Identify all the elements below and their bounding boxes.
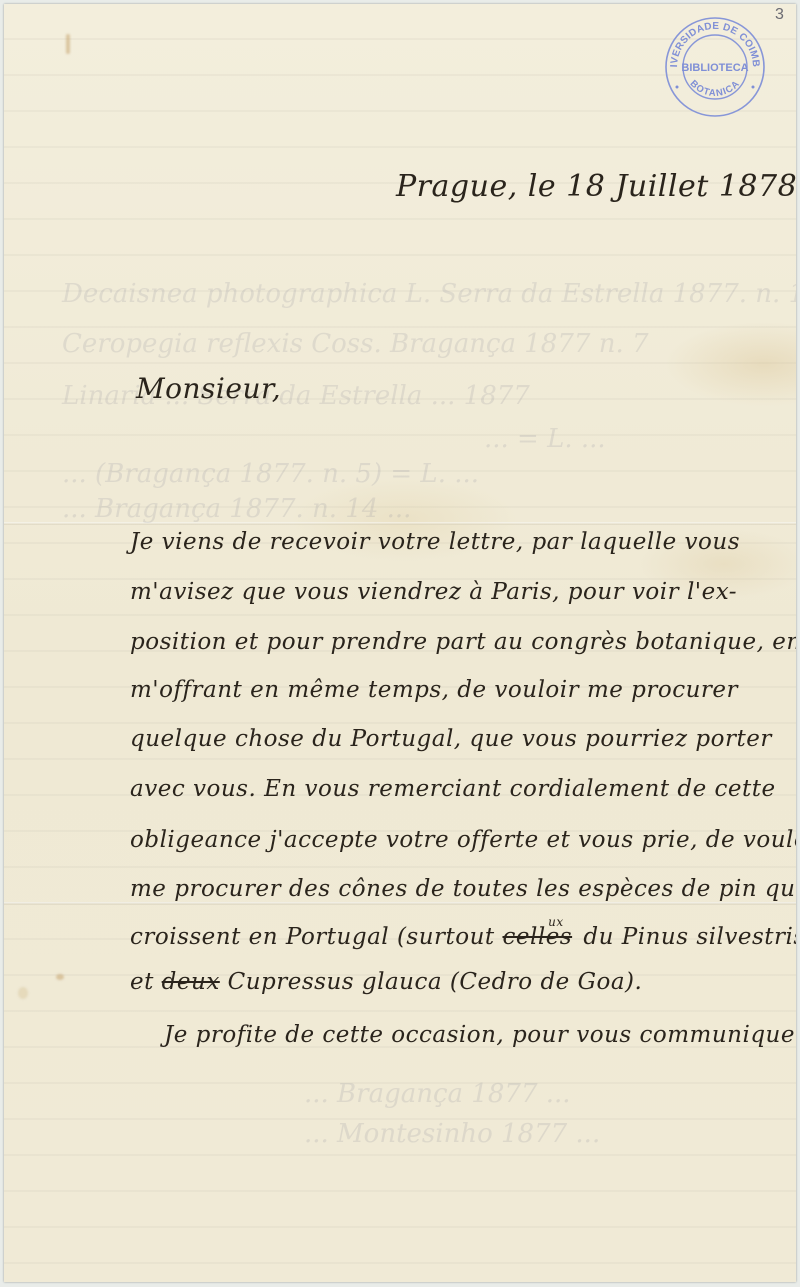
closing-line: Je profite de cette occasion, pour vous … <box>164 1022 796 1048</box>
body-line: Je viens de recevoir votre lettre, par l… <box>130 529 740 555</box>
body-line: position et pour prendre part au congrès… <box>130 629 796 655</box>
body-line-with-correction: croissent en Portugal (surtout cellesux … <box>130 924 796 950</box>
text-segment: Cupressus glauca (Cedro de Goa). <box>220 969 643 995</box>
body-line: m'offrant en même temps, de vouloir me p… <box>130 677 738 703</box>
show-through-text: ... (Bragança 1877. n. 5) = L. ... <box>62 459 479 489</box>
svg-text:BOTANICA: BOTANICA <box>688 78 743 99</box>
stamp-center-text: BIBLIOTECA <box>681 62 748 74</box>
body-line: m'avisez que vous viendrez à Paris, pour… <box>130 579 737 605</box>
paper-stain <box>18 987 28 999</box>
show-through-text: ... Bragança 1877 ... <box>304 1079 571 1109</box>
library-stamp: UNIVERSIDADE DE COIMBRA BIBLIOTECA BOTAN… <box>663 15 767 119</box>
struck-word: deux <box>162 969 220 995</box>
show-through-text: ... Montesinho 1877 ... <box>304 1119 600 1149</box>
body-line-with-correction: et deux Cupressus glauca (Cedro de Goa). <box>130 969 642 995</box>
fold-line <box>4 902 796 905</box>
body-line: me procurer des cônes de toutes les espè… <box>130 876 796 902</box>
text-segment: croissent en Portugal (surtout <box>130 924 502 950</box>
show-through-text: ... Bragança 1877. n. 14 ... <box>62 494 411 524</box>
inserted-correction: ux <box>548 915 564 929</box>
show-through-text: ... = L. ... <box>484 424 606 454</box>
show-through-text: Linaria ... Serra da Estrella ... 1877 <box>62 381 530 411</box>
body-line: obligeance j'accepte votre offerte et vo… <box>130 827 796 853</box>
paper-stain <box>56 974 64 980</box>
text-segment: et <box>130 969 162 995</box>
page-number: 3 <box>775 6 784 24</box>
show-through-text: Ceropegia reflexis Coss. Bragança 1877 n… <box>62 329 649 359</box>
body-line: quelque chose du Portugal, que vous pour… <box>130 726 772 752</box>
paper-stain <box>66 34 70 54</box>
text-segment: du Pinus silvestris) <box>576 924 796 950</box>
body-line: avec vous. En vous remerciant cordialeme… <box>130 776 776 802</box>
stamp-bottom-text: BOTANICA <box>688 78 743 99</box>
dateline: Prague, le 18 Juillet 1878. <box>396 169 796 204</box>
letter-page: Decaisnea photographica L. Serra da Estr… <box>4 4 796 1282</box>
show-through-text: Decaisnea photographica L. Serra da Estr… <box>62 279 796 309</box>
salutation: Monsieur, <box>136 372 281 405</box>
